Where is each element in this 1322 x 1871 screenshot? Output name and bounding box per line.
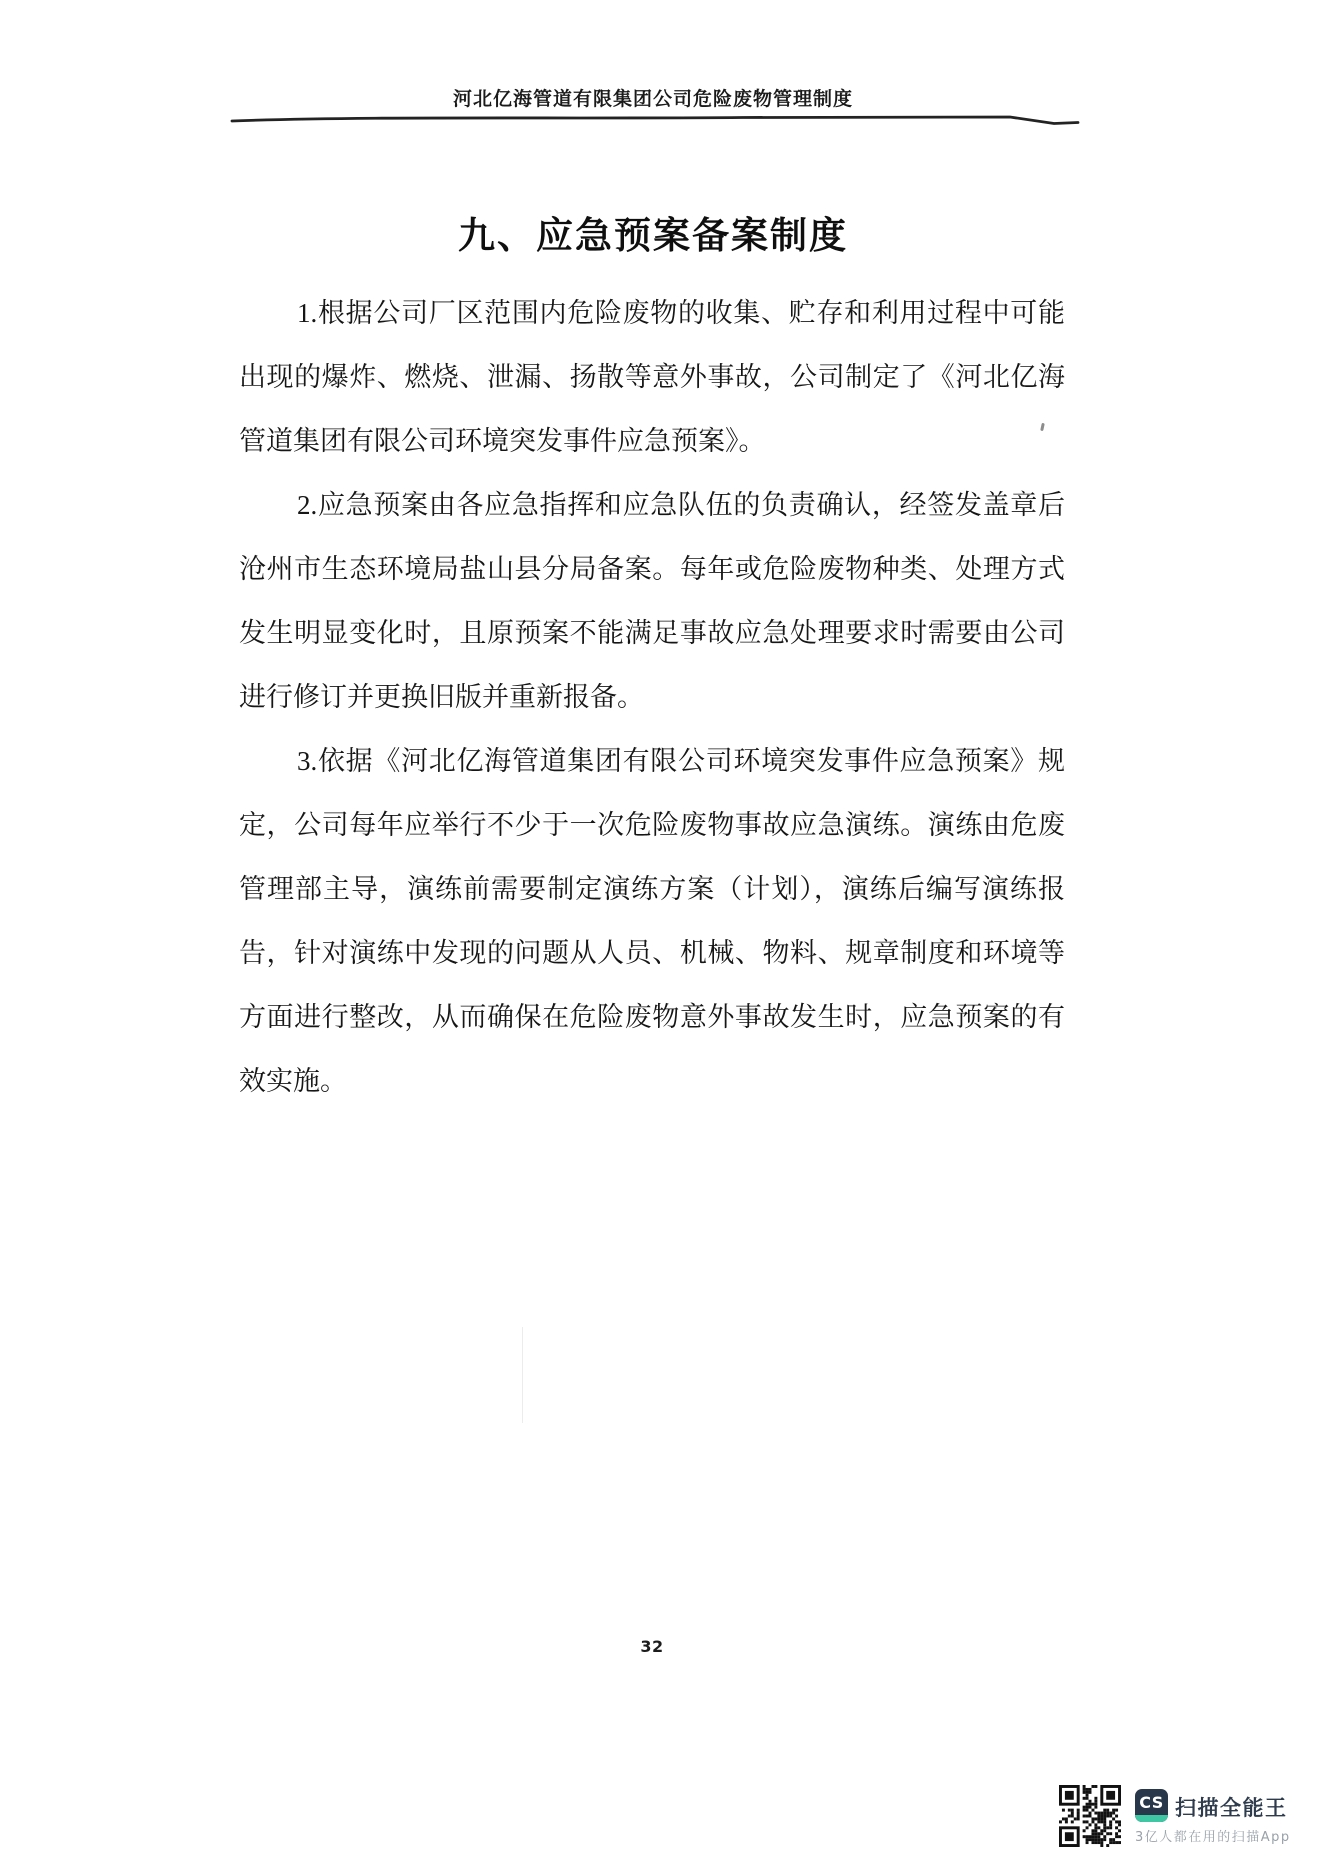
document-page: 河北亿海管道有限集团公司危险废物管理制度 九、应急预案备案制度 1.根据公司厂区…	[0, 0, 1322, 1871]
watermark-tagline: 3亿人都在用的扫描App	[1135, 1826, 1291, 1845]
paragraph-1: 1.根据公司厂区范围内危险废物的收集、贮存和利用过程中可能出现的爆炸、燃烧、泄漏…	[239, 281, 1065, 473]
scan-artifact-line	[522, 1327, 523, 1423]
camscanner-logo-text: CS	[1135, 1790, 1168, 1816]
paragraph-3: 3.依据《河北亿海管道集团有限公司环境突发事件应急预案》规定，公司每年应举行不少…	[239, 729, 1065, 1113]
camscanner-watermark: CS 扫描全能王 3亿人都在用的扫描App	[1059, 1784, 1309, 1848]
page-header-title: 河北亿海管道有限集团公司危险废物管理制度	[240, 84, 1066, 111]
header-rule	[222, 110, 1088, 130]
section-title: 九、应急预案备案制度	[240, 205, 1066, 259]
watermark-app-name: 扫描全能王	[1175, 1792, 1288, 1822]
document-body: 1.根据公司厂区范围内危险废物的收集、贮存和利用过程中可能出现的爆炸、燃烧、泄漏…	[239, 281, 1065, 1113]
page-number: 32	[239, 1637, 1065, 1656]
paragraph-2: 2.应急预案由各应急指挥和应急队伍的负责确认，经签发盖章后沧州市生态环境局盐山县…	[239, 473, 1065, 729]
camscanner-logo-icon: CS	[1135, 1789, 1168, 1822]
camscanner-logo-stripe	[1135, 1815, 1168, 1822]
qr-code-icon	[1059, 1785, 1121, 1847]
